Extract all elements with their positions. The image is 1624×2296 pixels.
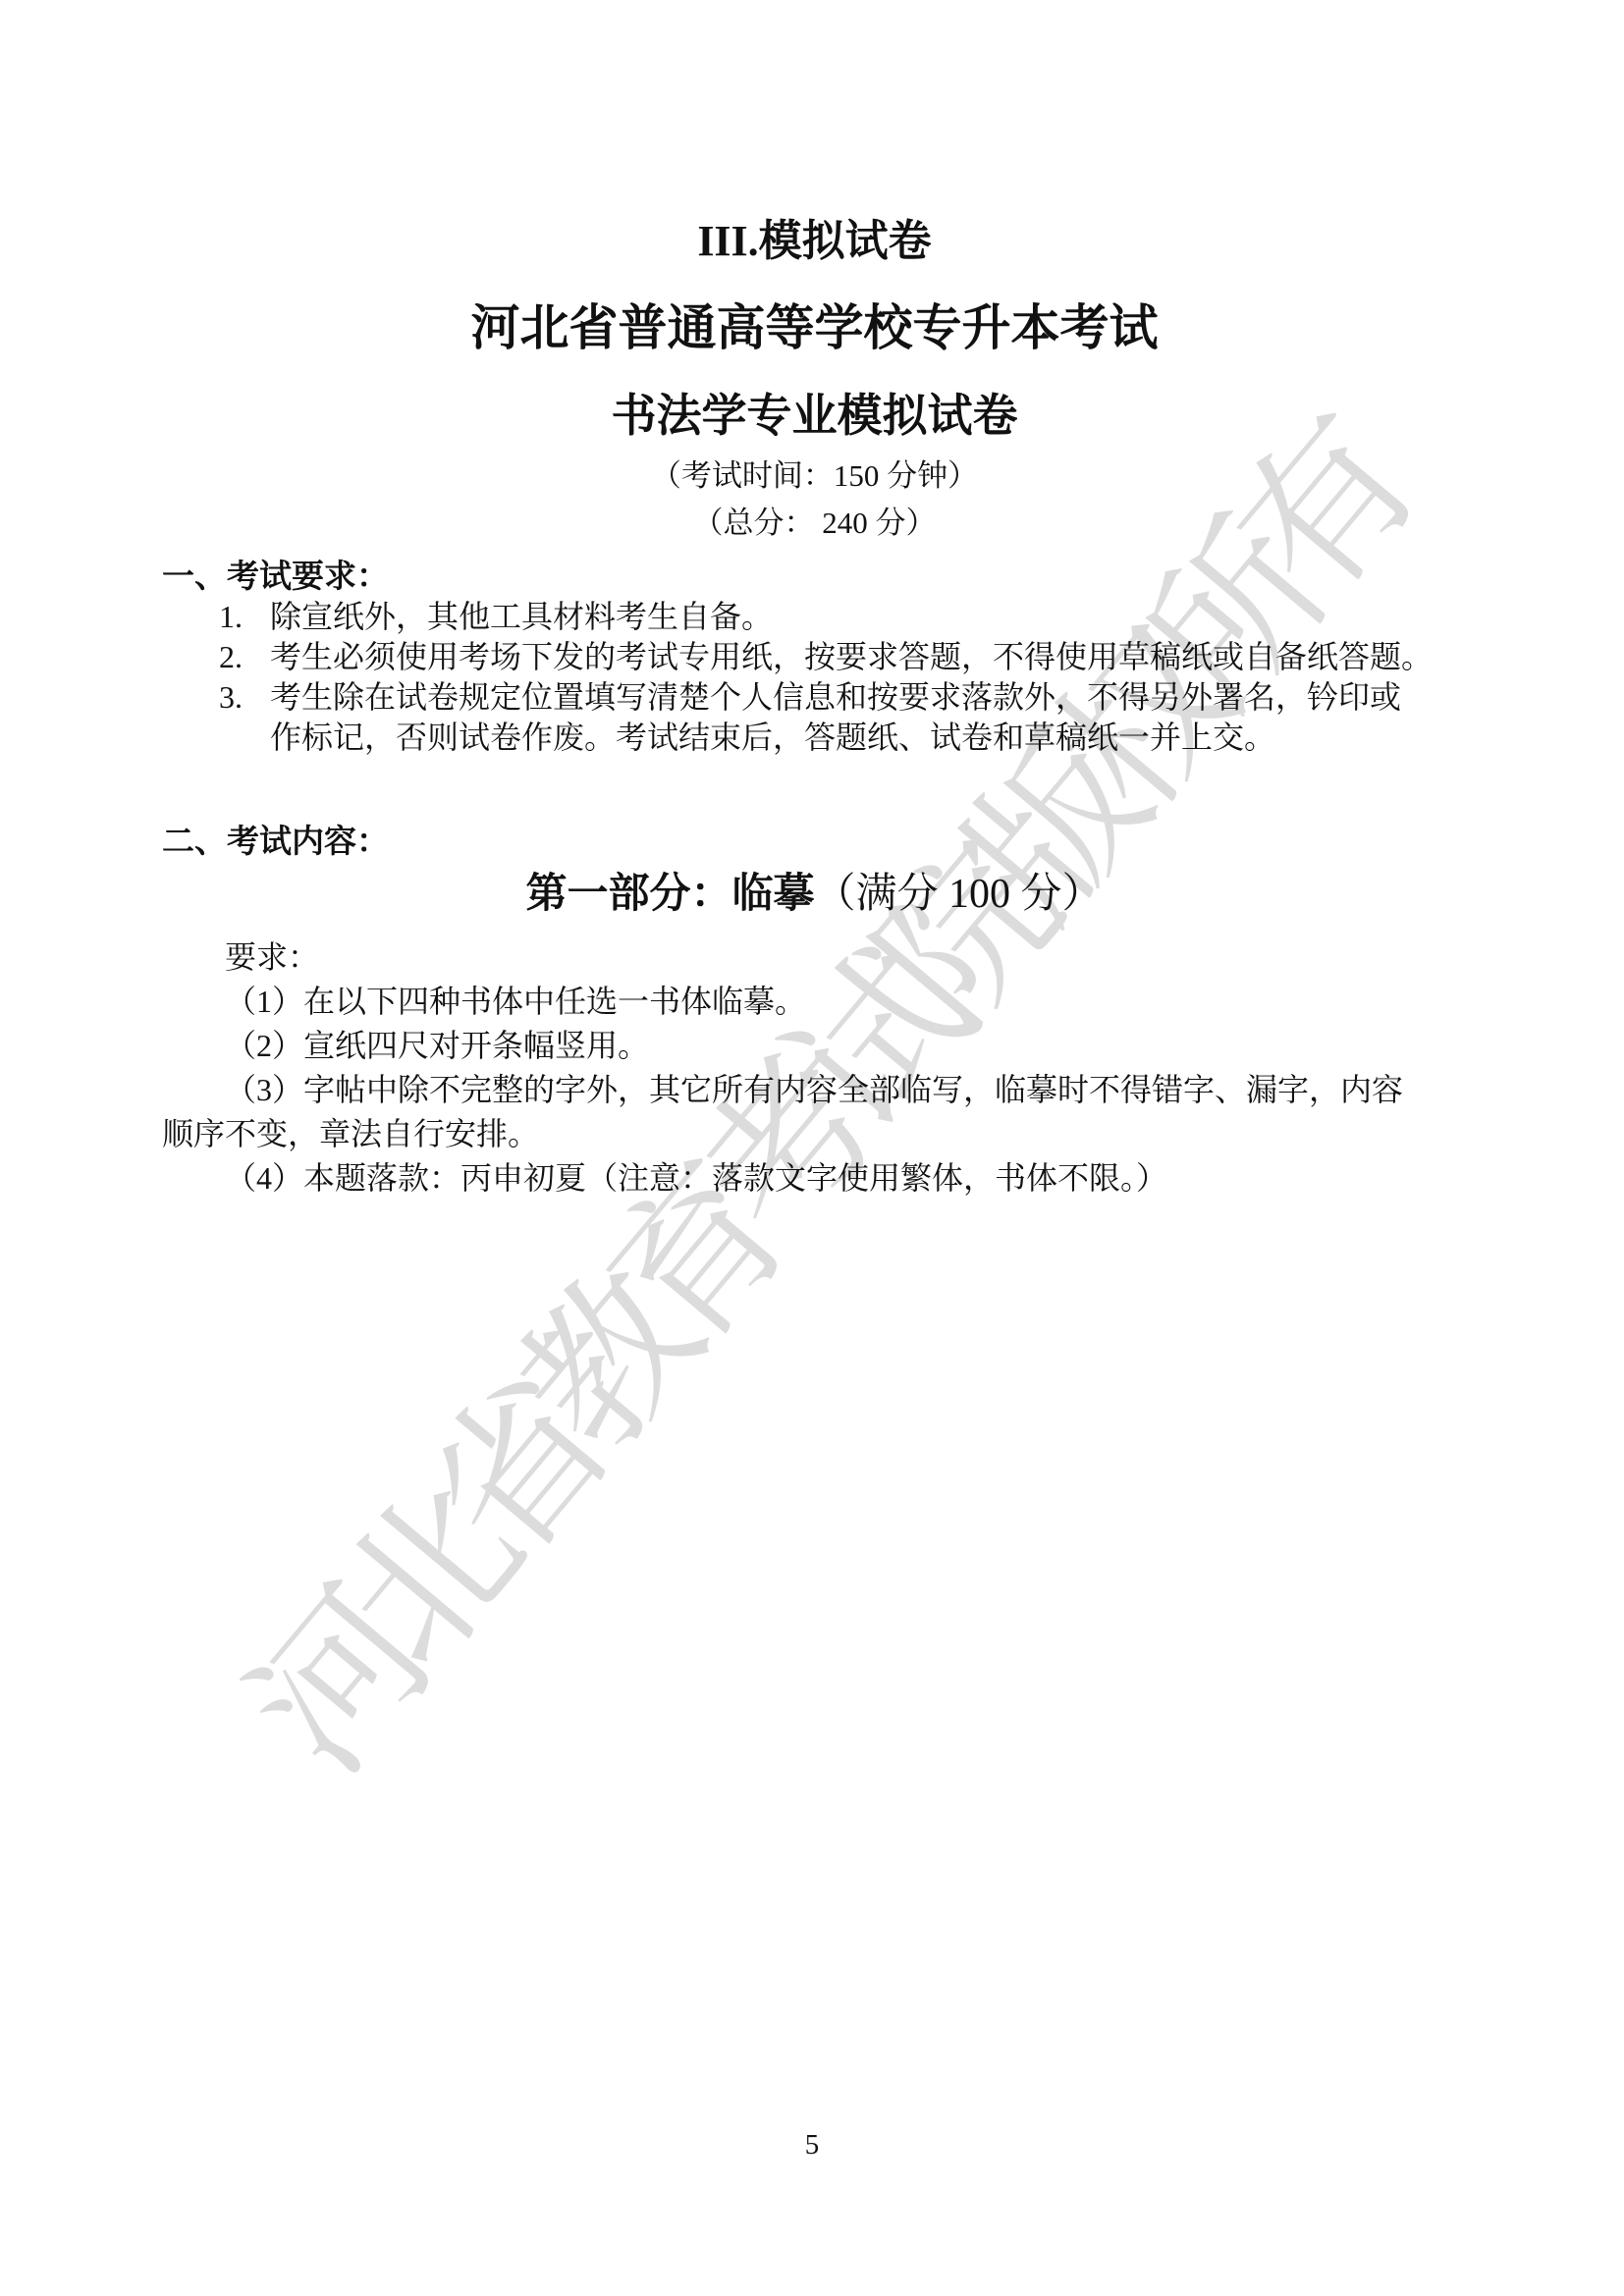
requirement-4: （4）本题落款：丙申初夏（注意：落款文字使用繁体，书体不限。） <box>162 1156 1467 1201</box>
requirements-label: 要求： <box>162 935 1467 980</box>
section1-heading: 一、考试要求： <box>162 558 1467 595</box>
school-title: 河北省普通高等学校专升本考试 <box>162 301 1467 355</box>
list-item-text: 除宣纸外，其他工具材料考生自备。 <box>270 597 1467 637</box>
list-item-number: 1. <box>219 597 270 637</box>
list-item-text: 考生除在试卷规定位置填写清楚个人信息和按要求落款外，不得另外署名，钤印或 作标记… <box>270 677 1467 758</box>
list-item-number: 2. <box>219 637 270 677</box>
page-content: III.模拟试卷 河北省普通高等学校专升本考试 书法学专业模拟试卷 （考试时间：… <box>0 218 1624 1201</box>
paper-title: 书法学专业模拟试卷 <box>162 391 1467 441</box>
part1-score: （满分 100 分） <box>815 872 1104 917</box>
total-score: （总分： 240 分） <box>162 507 1467 540</box>
list-item: 2. 考生必须使用考场下发的考试专用纸，按要求答题，不得使用草稿纸或自备纸答题。 <box>219 637 1467 677</box>
section2-heading: 二、考试内容： <box>162 823 1467 860</box>
exam-requirements-list: 1. 除宣纸外，其他工具材料考生自备。 2. 考生必须使用考场下发的考试专用纸，… <box>219 597 1467 758</box>
section-label: III.模拟试卷 <box>162 218 1467 265</box>
list-item: 1. 除宣纸外，其他工具材料考生自备。 <box>219 597 1467 637</box>
list-item-text: 考生必须使用考场下发的考试专用纸，按要求答题，不得使用草稿纸或自备纸答题。 <box>270 637 1467 677</box>
exam-time: （考试时间：150 分钟） <box>162 459 1467 493</box>
requirement-1: （1）在以下四种书体中任选一书体临摹。 <box>162 980 1467 1024</box>
exam-paper-page: 河北省教育考试院版权所有 III.模拟试卷 河北省普通高等学校专升本考试 书法学… <box>0 0 1624 2296</box>
part1-heading: 第一部分：临摹（满分 100 分） <box>162 868 1467 920</box>
list-item-number: 3. <box>219 677 270 718</box>
part1-title: 第一部分：临摹 <box>525 870 814 916</box>
part1-requirements: 要求： （1）在以下四种书体中任选一书体临摹。 （2）宣纸四尺对开条幅竖用。 （… <box>162 935 1467 1201</box>
list-item: 3. 考生除在试卷规定位置填写清楚个人信息和按要求落款外，不得另外署名，钤印或 … <box>219 677 1467 758</box>
requirement-2: （2）宣纸四尺对开条幅竖用。 <box>162 1024 1467 1068</box>
page-number: 5 <box>0 2128 1624 2162</box>
requirement-3: （3）字帖中除不完整的字外，其它所有内容全部临写，临摹时不得错字、漏字，内容 顺… <box>162 1068 1467 1156</box>
